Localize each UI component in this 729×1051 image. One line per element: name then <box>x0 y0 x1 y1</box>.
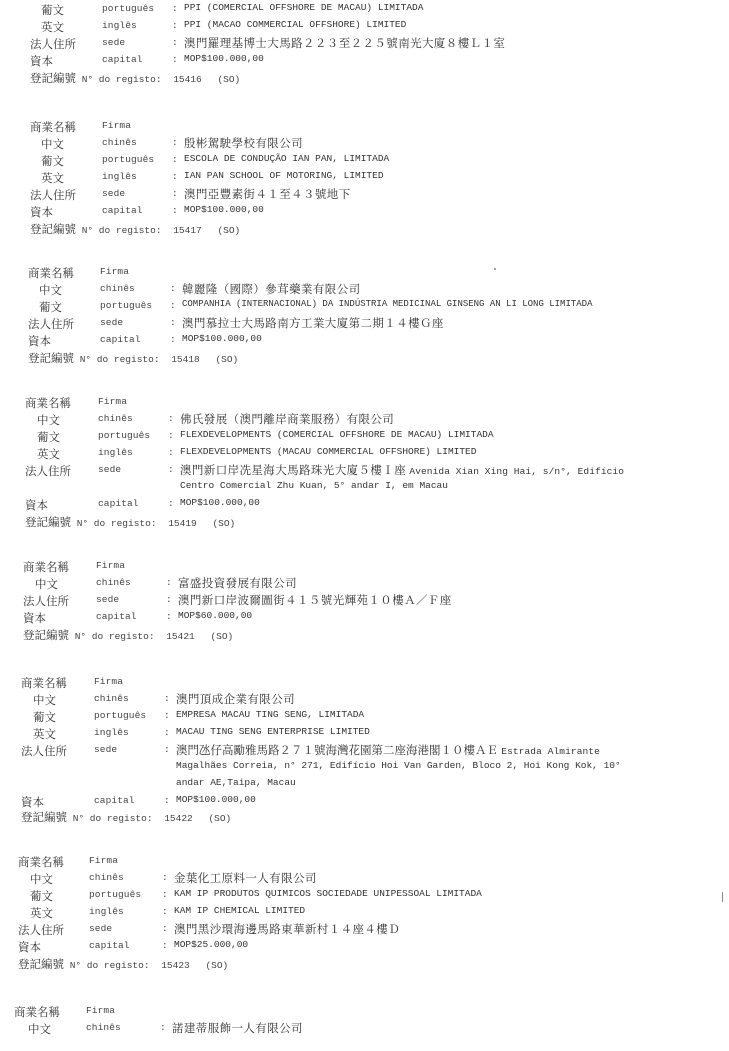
capital-value: MOP$100.000,00 <box>184 204 264 215</box>
sede-label-pt: sede <box>98 464 121 475</box>
sede-label-pt: sede <box>102 37 125 48</box>
ingles-value: FLEXDEVELOPMENTS (MACAU COMMERCIAL OFFSH… <box>180 446 476 457</box>
ingles-label-pt: inglês <box>98 447 133 458</box>
chines-label-pt: chinês <box>98 413 133 424</box>
ingles-label-zh: 英文 <box>41 170 64 186</box>
registo-row: 登記編號 N° do registo: 15417 (SO) <box>0 221 729 238</box>
sede-value-cont: Magalhães Correia, n° 271, Edifício Hoi … <box>176 760 621 771</box>
firma-row: 商業名稱 Firma <box>0 119 729 136</box>
registry-entry-15419: 商業名稱 Firma 中文 chinês : 佛氏發展（澳門離岸商業服務）有限公… <box>0 395 729 531</box>
sede-value: 澳門新口岸冼星海大馬路珠光大廈５樓Ｉ座 Avenida Xian Xing Ha… <box>180 462 624 478</box>
chines-label-pt: chinês <box>89 872 124 883</box>
capital-row: 資本 capital : MOP$100.000,00 <box>0 53 729 70</box>
ingles-label-pt: inglês <box>102 20 137 31</box>
ingles-row: 英文 inglês : IAN PAN SCHOOL OF MOTORING, … <box>0 170 729 187</box>
scan-speck <box>494 268 496 270</box>
sede-value-zh: 澳門新口岸冼星海大馬路珠光大廈５樓Ｉ座 <box>180 463 406 477</box>
colon: : <box>164 795 170 806</box>
chines-row: 中文 chinês : 佛氏發展（澳門離岸商業服務）有限公司 <box>0 412 729 429</box>
ingles-value: IAN PAN SCHOOL OF MOTORING, LIMITED <box>184 170 384 181</box>
registo-suffix: (SO) <box>205 960 228 971</box>
ingles-row: 英文 inglês : FLEXDEVELOPMENTS (MACAU COMM… <box>0 446 729 463</box>
capital-label-pt: capital <box>96 611 137 622</box>
capital-label-pt: capital <box>89 940 130 951</box>
scan-speck <box>722 892 723 902</box>
firma-label-pt: Firma <box>98 396 127 407</box>
registo-number: 15419 <box>168 518 197 529</box>
ingles-label-zh: 英文 <box>41 19 64 35</box>
sede-label-zh: 法人住所 <box>30 187 76 203</box>
sede-row: 法人住所 sede : 澳門慕拉士大馬路南方工業大廈第二期１４樓Ｇ座 <box>0 316 729 333</box>
colon: : <box>172 20 178 31</box>
chines-label-zh: 中文 <box>37 412 60 428</box>
ingles-label-zh: 英文 <box>33 726 56 742</box>
registo-label-zh: 登記編號 <box>21 810 67 824</box>
chines-label-pt: chinês <box>102 137 137 148</box>
colon: : <box>172 137 178 148</box>
ingles-value: MACAU TING SENG ENTERPRISE LIMITED <box>176 726 370 737</box>
capital-label-pt: capital <box>100 334 141 345</box>
portugues-row: 葡文 português : KAM IP PRODUTOS QUIMICOS … <box>0 888 729 905</box>
firma-label-pt: Firma <box>86 1005 115 1016</box>
colon: : <box>168 464 174 475</box>
chines-row: 中文 chinês : 澳門頂成企業有限公司 <box>0 692 729 709</box>
colon: : <box>162 940 168 951</box>
ingles-row: 英文 inglês : PPI (MACAO COMMERCIAL OFFSHO… <box>0 19 729 36</box>
colon: : <box>170 317 176 328</box>
sede-row: 法人住所 sede : 澳門亞豐素街４１至４３號地下 <box>0 187 729 204</box>
portugues-row: 葡文 português : COMPANHIA (INTERNACIONAL)… <box>0 299 729 316</box>
registo-label-zh: 登記編號 <box>28 351 74 365</box>
sede-label-pt: sede <box>100 317 123 328</box>
sede-label-pt: sede <box>89 923 112 934</box>
capital-label-zh: 資本 <box>28 333 51 349</box>
portugues-label-pt: português <box>100 300 152 311</box>
capital-row: 資本 capital : MOP$100.000,00 <box>0 333 729 350</box>
portugues-label-zh: 葡文 <box>30 888 53 904</box>
firma-row: 商業名稱 Firma <box>0 1004 729 1021</box>
firma-label-pt: Firma <box>94 676 123 687</box>
registry-entry-15422: 商業名稱 Firma 中文 chinês : 澳門頂成企業有限公司 葡文 por… <box>0 675 729 826</box>
ingles-label-pt: inglês <box>102 171 137 182</box>
sede-value: 澳門新口岸波爾圖街４１５號光輝苑１０樓Ａ／Ｆ座 <box>178 592 452 608</box>
firma-row: 商業名稱 Firma <box>0 854 729 871</box>
colon: : <box>172 3 178 14</box>
registo-suffix: (SO) <box>215 354 238 365</box>
capital-label-zh: 資本 <box>21 794 44 810</box>
portugues-label-zh: 葡文 <box>39 299 62 315</box>
registo-suffix: (SO) <box>208 813 231 824</box>
registo-label-zh: 登記編號 <box>23 628 69 642</box>
sede-continuation-row: Magalhães Correia, n° 271, Edifício Hoi … <box>0 760 729 777</box>
sede-value: 澳門黑沙環海邊馬路東華新村１４座４樓Ｄ <box>174 921 400 937</box>
portugues-label-pt: português <box>102 154 154 165</box>
portugues-label-pt: português <box>98 430 150 441</box>
capital-label-zh: 資本 <box>25 497 48 513</box>
chines-row: 中文 chinês : 富盛投資發展有限公司 <box>0 576 729 593</box>
sede-value-cont: Centro Comercial Zhu Kuan, 5° andar I, e… <box>180 480 448 491</box>
colon: : <box>170 283 176 294</box>
portugues-row: 葡文 português : EMPRESA MACAU TING SENG, … <box>0 709 729 726</box>
colon: : <box>168 430 174 441</box>
registo-label-pt: N° do registo: <box>82 74 162 85</box>
chines-label-pt: chinês <box>94 693 129 704</box>
capital-label-zh: 資本 <box>18 939 41 955</box>
capital-label-zh: 資本 <box>30 53 53 69</box>
chines-row: 中文 chinês : 殷彬駕駛學校有限公司 <box>0 136 729 153</box>
capital-row: 資本 capital : MOP$60.000,00 <box>0 610 729 627</box>
registo-row: 登記編號 N° do registo: 15421 (SO) <box>0 627 729 644</box>
registo-number: 15423 <box>161 960 190 971</box>
colon: : <box>164 693 170 704</box>
capital-value: MOP$100.000,00 <box>180 497 260 508</box>
ingles-label-zh: 英文 <box>37 446 60 462</box>
registry-entry-15418: 商業名稱 Firma 中文 chinês : 韓麗隆（國際）參茸藥業有限公司 葡… <box>0 265 729 367</box>
colon: : <box>172 154 178 165</box>
portugues-label-pt: português <box>89 889 141 900</box>
chines-row: 中文 chinês : 韓麗隆（國際）參茸藥業有限公司 <box>0 282 729 299</box>
sede-label-zh: 法人住所 <box>30 36 76 52</box>
chines-row: 中文 chinês : 諾建蒂服飾一人有限公司 <box>0 1021 729 1038</box>
sede-row: 法人住所 sede : 澳門氹仔高勵雅馬路２７１號海灣花園第二座海港閣１０樓ＡＥ… <box>0 743 729 760</box>
colon: : <box>164 710 170 721</box>
chines-label-zh: 中文 <box>35 576 58 592</box>
portugues-label-pt: português <box>94 710 146 721</box>
chines-label-pt: chinês <box>100 283 135 294</box>
sede-label-zh: 法人住所 <box>28 316 74 332</box>
registo-number: 15422 <box>164 813 193 824</box>
sede-row: 法人住所 sede : 澳門新口岸冼星海大馬路珠光大廈５樓Ｉ座 Avenida … <box>0 463 729 480</box>
portugues-value: PPI (COMERCIAL OFFSHORE DE MACAU) LIMITA… <box>184 2 423 13</box>
chines-label-zh: 中文 <box>39 282 62 298</box>
chines-label-zh: 中文 <box>30 871 53 887</box>
chines-label-zh: 中文 <box>28 1021 51 1037</box>
ingles-row: 英文 inglês : MACAU TING SENG ENTERPRISE L… <box>0 726 729 743</box>
registo-label-zh: 登記編號 <box>18 957 64 971</box>
chines-row: 中文 chinês : 金葉化工原料一人有限公司 <box>0 871 729 888</box>
registo-label-zh: 登記編號 <box>30 71 76 85</box>
registo-label-pt: N° do registo: <box>73 813 153 824</box>
registo-number: 15417 <box>173 225 202 236</box>
firma-label-pt: Firma <box>102 120 131 131</box>
capital-label-pt: capital <box>98 498 139 509</box>
registo-suffix: (SO) <box>210 631 233 642</box>
sede-label-zh: 法人住所 <box>25 463 71 479</box>
chines-value: 韓麗隆（國際）參茸藥業有限公司 <box>182 281 361 297</box>
sede-row: 法人住所 sede : 澳門新口岸波爾圖街４１５號光輝苑１０樓Ａ／Ｆ座 <box>0 593 729 610</box>
sede-continuation-row: Centro Comercial Zhu Kuan, 5° andar I, e… <box>0 480 729 497</box>
firma-label-zh: 商業名稱 <box>28 265 74 281</box>
registry-entry-15421: 商業名稱 Firma 中文 chinês : 富盛投資發展有限公司 法人住所 s… <box>0 559 729 644</box>
sede-label-zh: 法人住所 <box>23 593 69 609</box>
firma-label-zh: 商業名稱 <box>18 854 64 870</box>
portugues-value: KAM IP PRODUTOS QUIMICOS SOCIEDADE UNIPE… <box>174 888 482 899</box>
colon: : <box>164 744 170 755</box>
registo-label-pt: N° do registo: <box>82 225 162 236</box>
registry-entry-15416: 葡文 português : PPI (COMERCIAL OFFSHORE D… <box>0 2 729 87</box>
sede-continuation-row: andar AE,Taipa, Macau <box>0 777 729 794</box>
chines-value: 澳門頂成企業有限公司 <box>176 691 295 707</box>
chines-value: 富盛投資發展有限公司 <box>178 575 297 591</box>
chines-value: 諾建蒂服飾一人有限公司 <box>172 1020 303 1036</box>
registo-number: 15421 <box>166 631 195 642</box>
registo-label-pt: N° do registo: <box>75 631 155 642</box>
registo-label-pt: N° do registo: <box>77 518 157 529</box>
registo-suffix: (SO) <box>217 74 240 85</box>
firma-row: 商業名稱 Firma <box>0 559 729 576</box>
ingles-value: PPI (MACAO COMMERCIAL OFFSHORE) LIMITED <box>184 19 406 30</box>
colon: : <box>172 171 178 182</box>
firma-row: 商業名稱 Firma <box>0 675 729 692</box>
sede-label-zh: 法人住所 <box>21 743 67 759</box>
capital-label-pt: capital <box>102 205 143 216</box>
chines-label-zh: 中文 <box>41 136 64 152</box>
colon: : <box>172 37 178 48</box>
registo-label-zh: 登記編號 <box>25 515 71 529</box>
portugues-label-zh: 葡文 <box>41 2 64 18</box>
portugues-label-zh: 葡文 <box>33 709 56 725</box>
firma-label-zh: 商業名稱 <box>14 1004 60 1020</box>
portugues-row: 葡文 português : FLEXDEVELOPMENTS (COMERCI… <box>0 429 729 446</box>
chines-value: 殷彬駕駛學校有限公司 <box>184 135 303 151</box>
ingles-row: 英文 inglês : KAM IP CHEMICAL LIMITED <box>0 905 729 922</box>
capital-label-pt: capital <box>102 54 143 65</box>
firma-label-pt: Firma <box>96 560 125 571</box>
capital-value: MOP$100.000,00 <box>182 333 262 344</box>
colon: : <box>172 188 178 199</box>
capital-value: MOP$100.000,00 <box>176 794 256 805</box>
sede-row: 法人住所 sede : 澳門羅理基博士大馬路２２３至２２５號南光大廈８樓Ｌ１室 <box>0 36 729 53</box>
portugues-value: COMPANHIA (INTERNACIONAL) DA INDÚSTRIA M… <box>182 299 592 309</box>
registry-entry-15423: 商業名稱 Firma 中文 chinês : 金葉化工原料一人有限公司 葡文 p… <box>0 854 729 973</box>
chines-value: 佛氏發展（澳門離岸商業服務）有限公司 <box>180 411 394 427</box>
chines-label-zh: 中文 <box>33 692 56 708</box>
capital-value: MOP$25.000,00 <box>174 939 248 950</box>
sede-value-latin: Estrada Almirante <box>501 746 600 757</box>
firma-label-zh: 商業名稱 <box>23 559 69 575</box>
firma-label-zh: 商業名稱 <box>30 119 76 135</box>
sede-value-latin: Avenida Xian Xing Hai, s/n°, Edifício <box>409 466 624 477</box>
colon: : <box>162 906 168 917</box>
registo-row: 登記編號 N° do registo: 15418 (SO) <box>0 350 729 367</box>
chines-value: 金葉化工原料一人有限公司 <box>174 870 317 886</box>
sede-value: 澳門氹仔高勵雅馬路２７１號海灣花園第二座海港閣１０樓ＡＥ Estrada Alm… <box>176 742 600 758</box>
colon: : <box>168 447 174 458</box>
portugues-label-pt: português <box>102 3 154 14</box>
colon: : <box>168 498 174 509</box>
registo-row: 登記編號 N° do registo: 15416 (SO) <box>0 70 729 87</box>
registo-suffix: (SO) <box>217 225 240 236</box>
firma-label-pt: Firma <box>100 266 129 277</box>
ingles-label-pt: inglês <box>94 727 129 738</box>
registo-label-pt: N° do registo: <box>70 960 150 971</box>
registry-entry-partial: 商業名稱 Firma 中文 chinês : 諾建蒂服飾一人有限公司 <box>0 1004 729 1038</box>
registo-number: 15416 <box>173 74 202 85</box>
colon: : <box>166 611 172 622</box>
ingles-label-zh: 英文 <box>30 905 53 921</box>
capital-row: 資本 capital : MOP$100.000,00 <box>0 794 729 809</box>
colon: : <box>162 923 168 934</box>
colon: : <box>166 577 172 588</box>
capital-value: MOP$100.000,00 <box>184 53 264 64</box>
portugues-row: 葡文 português : PPI (COMERCIAL OFFSHORE D… <box>0 2 729 19</box>
colon: : <box>170 300 176 311</box>
registry-entry-15417: 商業名稱 Firma 中文 chinês : 殷彬駕駛學校有限公司 葡文 por… <box>0 119 729 238</box>
colon: : <box>172 54 178 65</box>
capital-label-zh: 資本 <box>23 610 46 626</box>
colon: : <box>170 334 176 345</box>
registo-label-zh: 登記編號 <box>30 222 76 236</box>
portugues-value: EMPRESA MACAU TING SENG, LIMITADA <box>176 709 364 720</box>
colon: : <box>168 413 174 424</box>
sede-label-pt: sede <box>96 594 119 605</box>
portugues-label-zh: 葡文 <box>37 429 60 445</box>
firma-label-pt: Firma <box>89 855 118 866</box>
capital-row: 資本 capital : MOP$100.000,00 <box>0 497 729 514</box>
chines-label-pt: chinês <box>96 577 131 588</box>
colon: : <box>160 1022 166 1033</box>
sede-value-zh: 澳門氹仔高勵雅馬路２７１號海灣花園第二座海港閣１０樓ＡＥ <box>176 743 498 757</box>
registo-label-pt: N° do registo: <box>80 354 160 365</box>
colon: : <box>162 872 168 883</box>
colon: : <box>164 727 170 738</box>
firma-row: 商業名稱 Firma <box>0 265 729 282</box>
registo-row: 登記編號 N° do registo: 15419 (SO) <box>0 514 729 531</box>
firma-row: 商業名稱 Firma <box>0 395 729 412</box>
colon: : <box>172 205 178 216</box>
sede-label-pt: sede <box>102 188 125 199</box>
firma-label-zh: 商業名稱 <box>21 675 67 691</box>
portugues-value: ESCOLA DE CONDUÇÃO IAN PAN, LIMITADA <box>184 153 389 164</box>
registo-row: 登記編號 N° do registo: 15422 (SO) <box>0 809 729 826</box>
sede-value: 澳門羅理基博士大馬路２２３至２２５號南光大廈８樓Ｌ１室 <box>184 35 505 51</box>
registo-number: 15418 <box>171 354 200 365</box>
ingles-label-pt: inglês <box>89 906 124 917</box>
capital-label-pt: capital <box>94 795 135 806</box>
sede-label-zh: 法人住所 <box>18 922 64 938</box>
sede-label-pt: sede <box>94 744 117 755</box>
ingles-value: KAM IP CHEMICAL LIMITED <box>174 905 305 916</box>
sede-value: 澳門亞豐素街４１至４３號地下 <box>184 186 351 202</box>
capital-label-zh: 資本 <box>30 204 53 220</box>
sede-row: 法人住所 sede : 澳門黑沙環海邊馬路東華新村１４座４樓Ｄ <box>0 922 729 939</box>
colon: : <box>162 889 168 900</box>
portugues-value: FLEXDEVELOPMENTS (COMERCIAL OFFSHORE DE … <box>180 429 494 440</box>
registo-row: 登記編號 N° do registo: 15423 (SO) <box>0 956 729 973</box>
portugues-row: 葡文 português : ESCOLA DE CONDUÇÃO IAN PA… <box>0 153 729 170</box>
firma-label-zh: 商業名稱 <box>25 395 71 411</box>
capital-value: MOP$60.000,00 <box>178 610 252 621</box>
portugues-label-zh: 葡文 <box>41 153 64 169</box>
colon: : <box>166 594 172 605</box>
sede-value: 澳門慕拉士大馬路南方工業大廈第二期１４樓Ｇ座 <box>182 315 444 331</box>
sede-value-cont: andar AE,Taipa, Macau <box>176 777 296 788</box>
chines-label-pt: chinês <box>86 1022 121 1033</box>
registo-suffix: (SO) <box>212 518 235 529</box>
capital-row: 資本 capital : MOP$100.000,00 <box>0 204 729 221</box>
capital-row: 資本 capital : MOP$25.000,00 <box>0 939 729 956</box>
